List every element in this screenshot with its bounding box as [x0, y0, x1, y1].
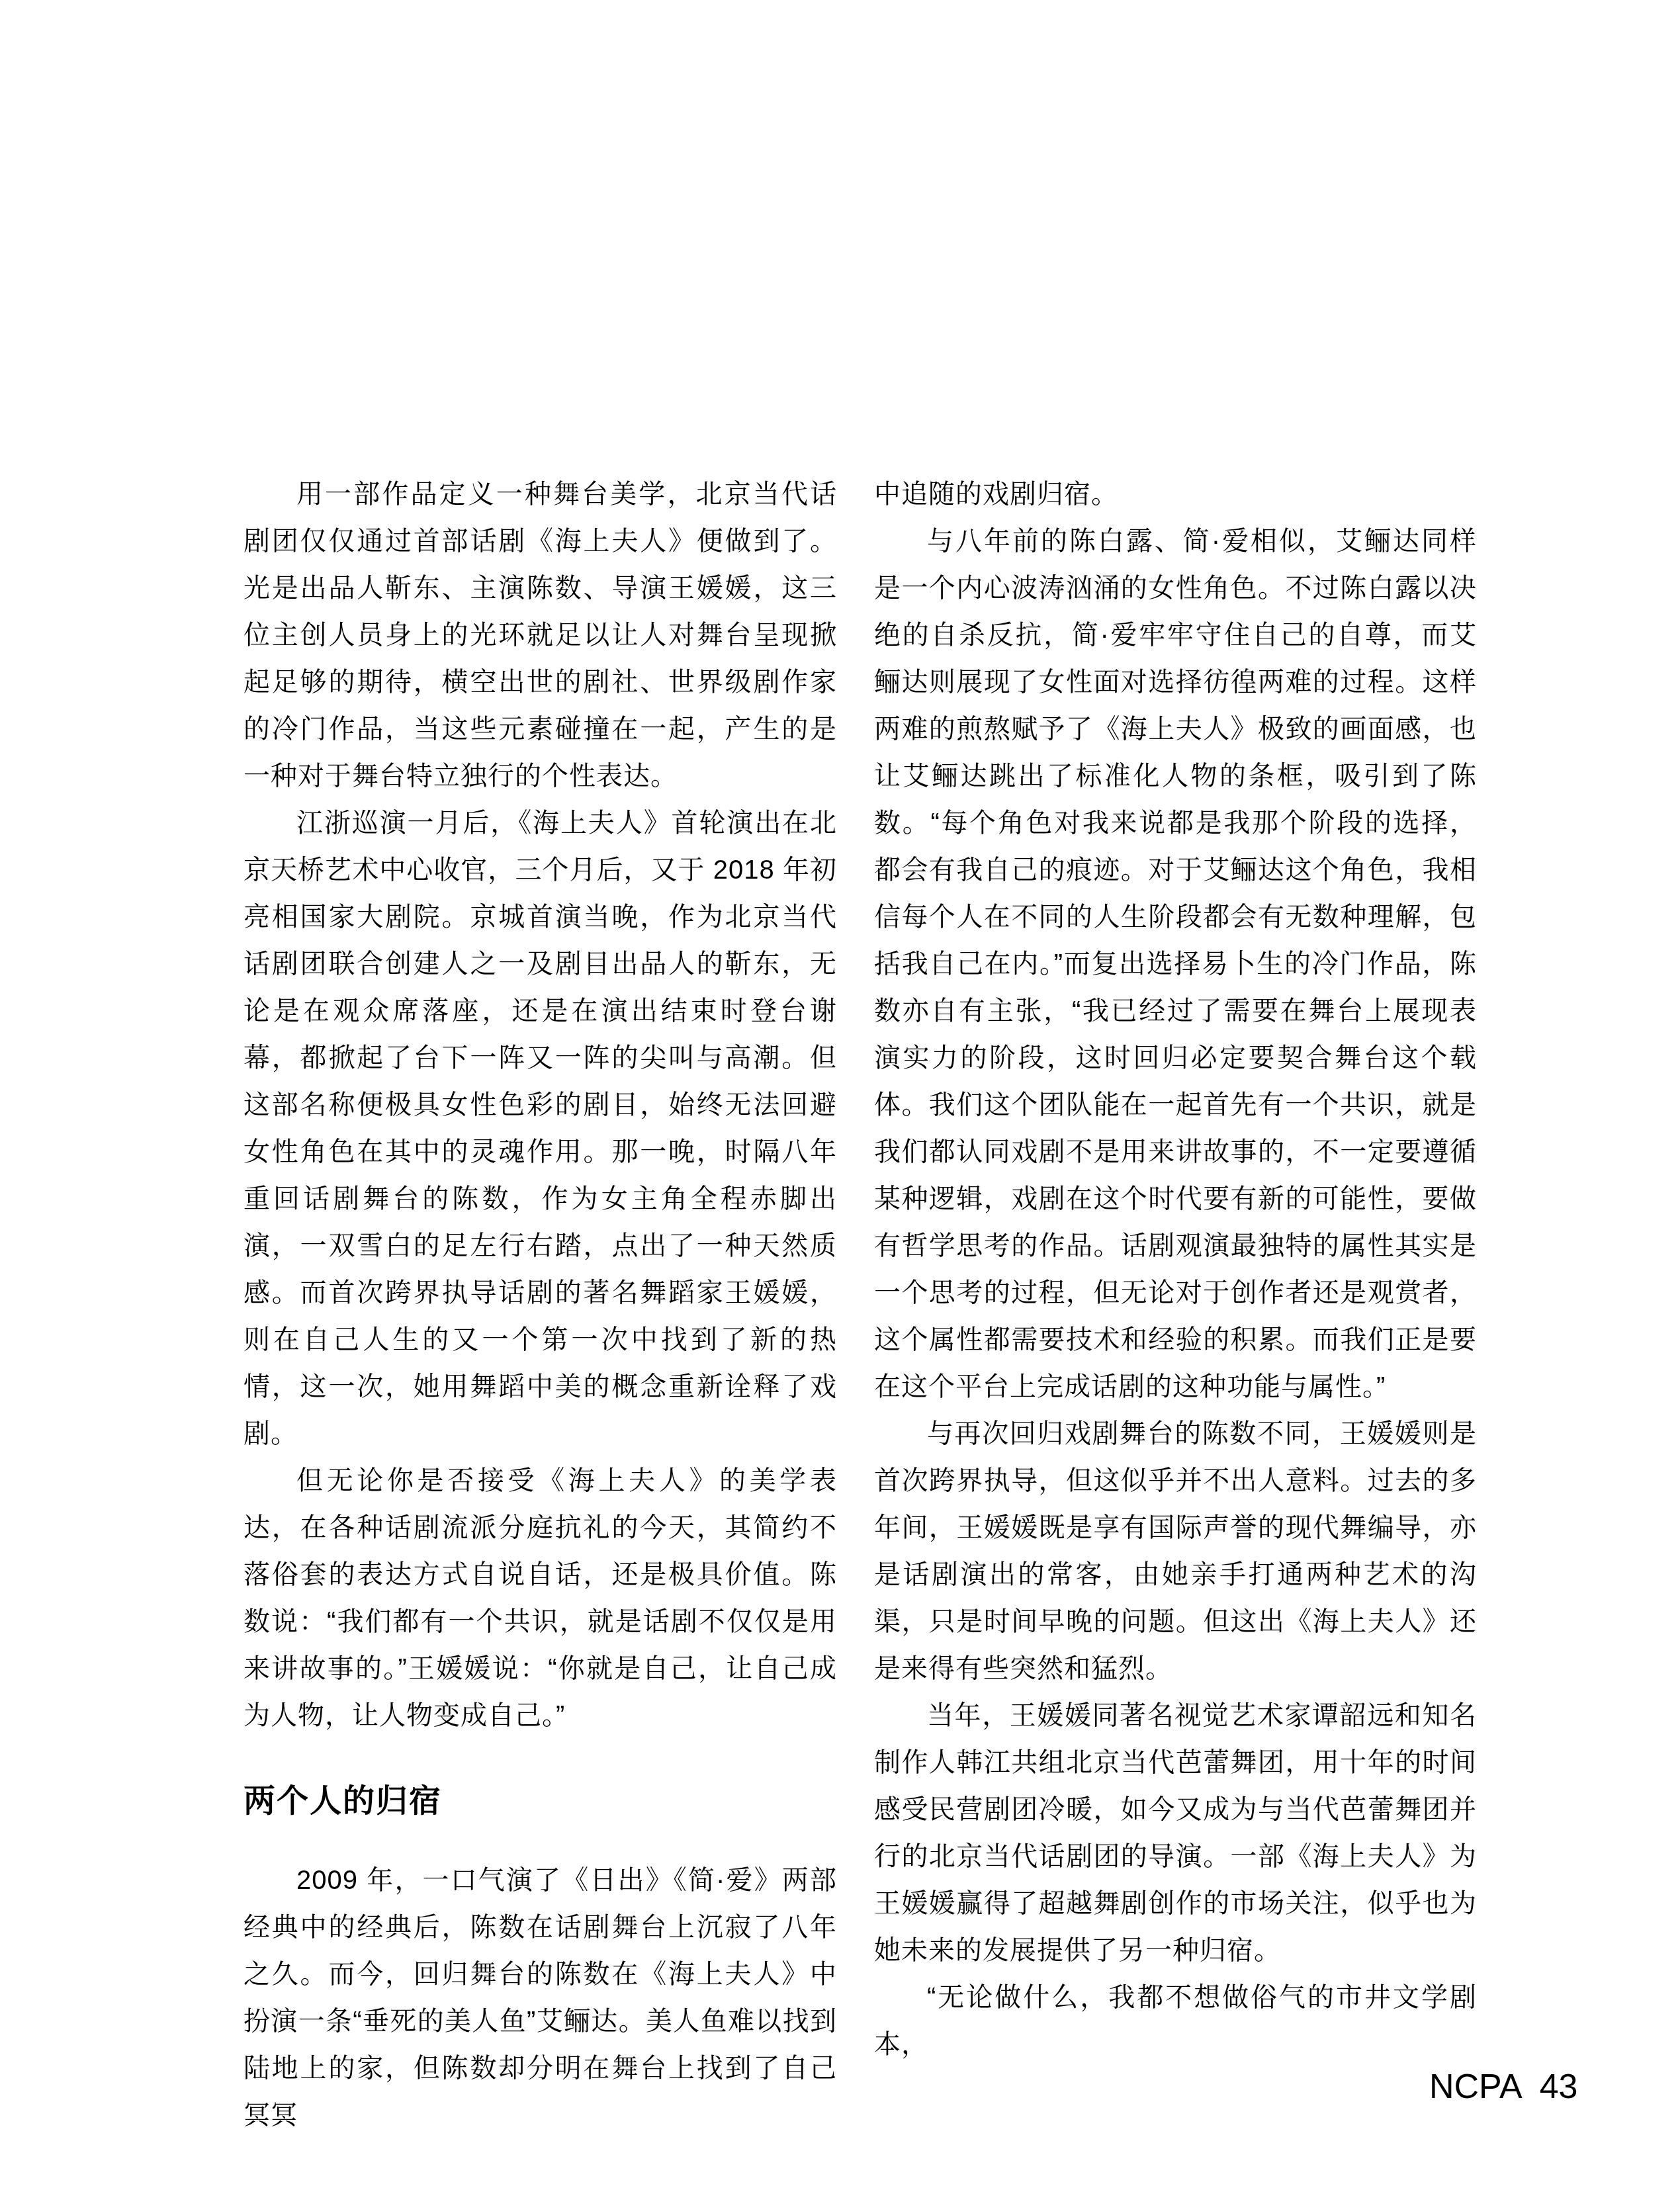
paragraph: 中追随的戏剧归宿。	[874, 471, 1477, 518]
paragraph: 用一部作品定义一种舞台美学，北京当代话剧团仅仅通过首部话剧《海上夫人》便做到了。…	[243, 471, 837, 800]
paragraph: 江浙巡演一月后，《海上夫人》首轮演出在北京天桥艺术中心收官，三个月后，又于 20…	[243, 800, 837, 1458]
right-column: 中追随的戏剧归宿。 与八年前的陈白露、简·爱相似，艾鲡达同样是一个内心波涛汹涌的…	[874, 471, 1477, 2068]
paragraph: 但无论你是否接受《海上夫人》的美学表达，在各种话剧流派分庭抗礼的今天，其简约不落…	[243, 1458, 837, 1739]
magazine-name: NCPA	[1429, 2070, 1523, 2104]
section-heading: 两个人的归宿	[243, 1782, 837, 1821]
paragraph: 与八年前的陈白露、简·爱相似，艾鲡达同样是一个内心波涛汹涌的女性角色。不过陈白露…	[874, 518, 1477, 1411]
left-column: 用一部作品定义一种舞台美学，北京当代话剧团仅仅通过首部话剧《海上夫人》便做到了。…	[243, 471, 837, 2139]
page-footer: NCPA 43	[1429, 2070, 1577, 2104]
paragraph: “无论做什么，我都不想做俗气的市井文学剧本，	[874, 1974, 1477, 2068]
magazine-page: 用一部作品定义一种舞台美学，北京当代话剧团仅仅通过首部话剧《海上夫人》便做到了。…	[0, 0, 1680, 2188]
paragraph: 与再次回归戏剧舞台的陈数不同，王媛媛则是首次跨界执导，但这似乎并不出人意料。过去…	[874, 1411, 1477, 1692]
paragraph: 当年，王媛媛同著名视觉艺术家谭韶远和知名制作人韩江共组北京当代芭蕾舞团，用十年的…	[874, 1692, 1477, 1974]
page-number: 43	[1540, 2070, 1578, 2104]
paragraph: 2009 年，一口气演了《日出》《简·爱》两部经典中的经典后，陈数在话剧舞台上沉…	[243, 1857, 837, 2139]
